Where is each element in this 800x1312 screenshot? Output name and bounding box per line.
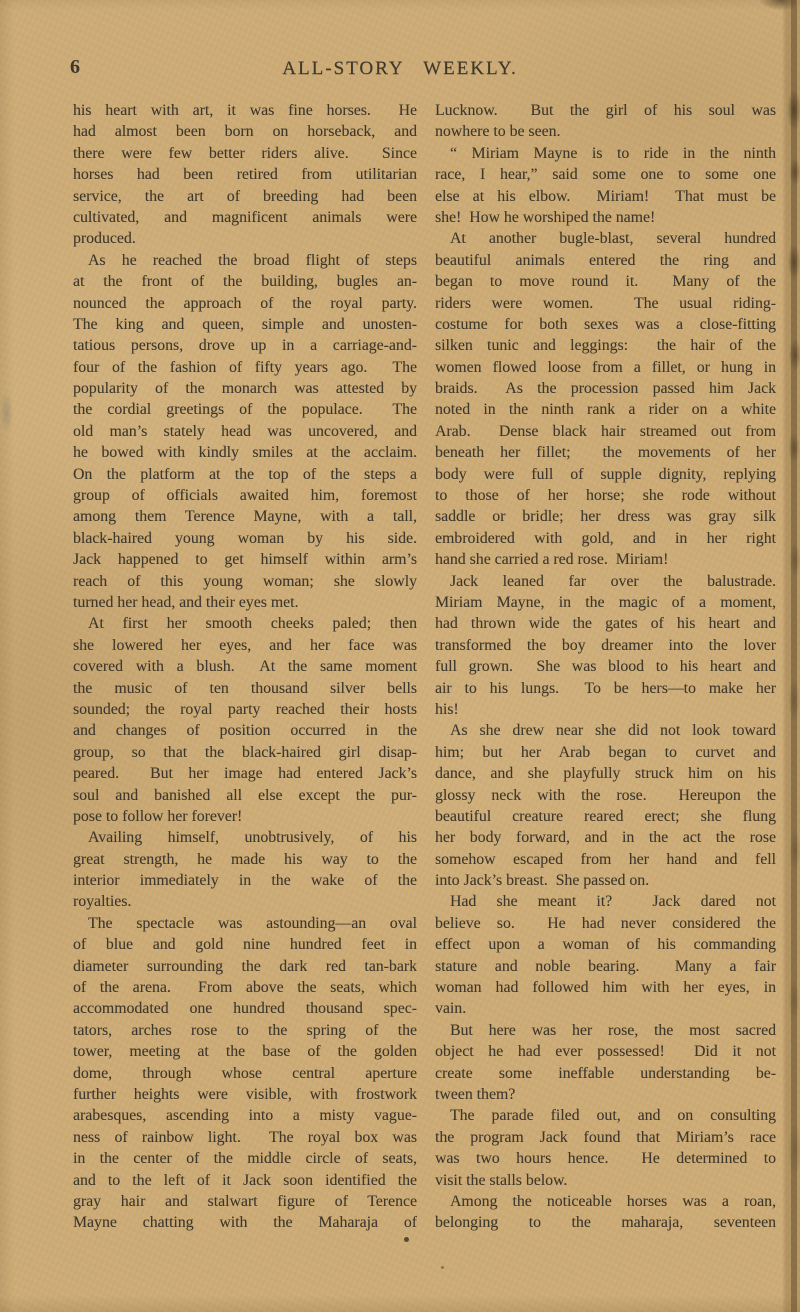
text-line: group, so that the black-haired girl dis… — [73, 742, 417, 763]
text-line: black-haired young woman by his side. — [73, 528, 417, 549]
text-line: beneath her fillet; the movements of her — [435, 442, 776, 463]
text-line: Mayne chatting with the Maharaja of — [73, 1212, 417, 1233]
text-line: the program Jack found that Miriam’s rac… — [435, 1127, 776, 1148]
text-line: into Jack’s breast. She passed on. — [435, 870, 776, 891]
text-line: beautiful creature reared erect; she flu… — [435, 806, 776, 827]
text-line: hand she carried a red rose. Miriam! — [435, 549, 776, 570]
text-line: covered with a blush. At the same moment — [73, 656, 417, 677]
text-line: believe so. He had never considered the — [435, 913, 776, 934]
text-line: belonging to the maharaja, seventeen — [435, 1212, 776, 1233]
text-line: visit the stalls below. — [435, 1170, 776, 1191]
text-line: service, the art of breeding had been — [73, 186, 417, 207]
text-line: at the front of the building, bugles an- — [73, 271, 417, 292]
text-line: The parade filed out, and on consulting — [435, 1105, 776, 1126]
text-line: four of the fashion of fifty years ago. … — [73, 357, 417, 378]
text-line: The king and queen, simple and unosten- — [73, 314, 417, 335]
text-line: air to his lungs. To be hers—to make her — [435, 678, 776, 699]
text-line: peared. But her image had entered Jack’s — [73, 763, 417, 784]
text-line: costume for both sexes was a close-fitti… — [435, 314, 776, 335]
text-line: his! — [435, 699, 776, 720]
text-line: was two hours hence. He determined to — [435, 1148, 776, 1169]
text-line: reach of this young woman; she slowly — [73, 571, 417, 592]
running-title: ALL-STORY WEEKLY. — [0, 58, 800, 80]
text-line: of the arena. From above the seats, whic… — [73, 977, 417, 998]
text-line: At another bugle-blast, several hundred — [435, 228, 776, 249]
text-line: Arab. Dense black hair streamed out from — [435, 421, 776, 442]
paper-speck — [441, 1266, 444, 1269]
text-line: further heights were visible, with frost… — [73, 1084, 417, 1105]
text-line: tower, meeting at the base of the golden — [73, 1041, 417, 1062]
text-line: Among the noticeable horses was a roan, — [435, 1191, 776, 1212]
text-line: somehow escaped from her hand and fell — [435, 849, 776, 870]
text-line: to those of her horse; she rode without — [435, 485, 776, 506]
text-line: Jack happened to get himself within arm’… — [73, 549, 417, 570]
text-line: Availing himself, unobtrusively, of his — [73, 827, 417, 848]
text-line: glossy neck with the rose. Hereupon the — [435, 785, 776, 806]
text-line: pose to follow her forever! — [73, 806, 417, 827]
text-line: The spectacle was astounding—an oval — [73, 913, 417, 934]
text-line: had thrown wide the gates of his heart a… — [435, 613, 776, 634]
text-columns: his heart with art, it was fine horses. … — [73, 100, 776, 1234]
text-line: object he had ever possessed! Did it not — [435, 1041, 776, 1062]
text-line: produced. — [73, 228, 417, 249]
text-line: had almost been born on horseback, and — [73, 121, 417, 142]
text-line: vain. — [435, 998, 776, 1019]
text-line: his heart with art, it was fine horses. … — [73, 100, 417, 121]
text-line: her body forward, and in the act the ros… — [435, 827, 776, 848]
text-line: gray hair and stalwart figure of Terence — [73, 1191, 417, 1212]
text-line: Lucknow. But the girl of his soul was — [435, 100, 776, 121]
printer-mark-dot — [404, 1237, 409, 1242]
magazine-page: 6 ALL-STORY WEEKLY. his heart with art, … — [0, 0, 800, 1312]
text-line: effect upon a woman of his commanding — [435, 934, 776, 955]
text-line: she lowered her eyes, and her face was — [73, 635, 417, 656]
text-line: create some ineffable understanding be- — [435, 1063, 776, 1084]
right-column: Lucknow. But the girl of his soul wasnow… — [435, 100, 776, 1234]
text-line: saddle or bridle; her dress was gray sil… — [435, 506, 776, 527]
text-line: she! How he worshiped the name! — [435, 207, 776, 228]
text-line: riders were women. The usual riding- — [435, 293, 776, 314]
text-line: As she drew near she did not look toward — [435, 720, 776, 741]
text-line: stature and noble bearing. Many a fair — [435, 956, 776, 977]
text-line: tatious persons, drove up in a carriage-… — [73, 335, 417, 356]
text-line: group of officials awaited him, foremost — [73, 485, 417, 506]
text-line: in the center of the middle circle of se… — [73, 1148, 417, 1169]
text-line: and to the left of it Jack soon identifi… — [73, 1170, 417, 1191]
text-line: beautiful animals entered the ring and — [435, 250, 776, 271]
text-line: embroidered with gold, and in her right — [435, 528, 776, 549]
text-line: tators, arches rose to the spring of the — [73, 1020, 417, 1041]
text-line: transformed the boy dreamer into the lov… — [435, 635, 776, 656]
text-line: silken tunic and leggings: the hair of t… — [435, 335, 776, 356]
text-line: the cordial greetings of the populace. T… — [73, 399, 417, 420]
text-line: and changes of position occurred in the — [73, 720, 417, 741]
text-line: Had she meant it? Jack dared not — [435, 891, 776, 912]
ink-smudge — [0, 392, 13, 434]
text-line: nounced the approach of the royal party. — [73, 293, 417, 314]
text-line: Jack leaned far over the balustrade. — [435, 571, 776, 592]
text-line: As he reached the broad flight of steps — [73, 250, 417, 271]
text-line: cultivated, and magnificent animals were — [73, 207, 417, 228]
text-line: full grown. She was blood to his heart a… — [435, 656, 776, 677]
text-line: else at his elbow. Miriam! That must be — [435, 186, 776, 207]
text-line: diameter surrounding the dark red tan-ba… — [73, 956, 417, 977]
text-line: he bowed with kindly smiles at the accla… — [73, 442, 417, 463]
text-line: braids. As the procession passed him Jac… — [435, 378, 776, 399]
text-line: soul and banished all else except the pu… — [73, 785, 417, 806]
text-line: began to move round it. Many of the — [435, 271, 776, 292]
text-line: nowhere to be seen. — [435, 121, 776, 142]
text-line: of blue and gold nine hundred feet in — [73, 934, 417, 955]
text-line: dance, and she playfully struck him on h… — [435, 763, 776, 784]
text-line: women flowed loose from a fillet, or hun… — [435, 357, 776, 378]
text-line: tween them? — [435, 1084, 776, 1105]
text-line: sounded; the royal party reached their h… — [73, 699, 417, 720]
text-line: At first her smooth cheeks paled; then — [73, 613, 417, 634]
text-line: popularity of the monarch was attested b… — [73, 378, 417, 399]
text-line: there were few better riders alive. Sinc… — [73, 143, 417, 164]
left-column: his heart with art, it was fine horses. … — [73, 100, 417, 1234]
text-line: race, I hear,” said some one to some one — [435, 164, 776, 185]
text-line: “ Miriam Mayne is to ride in the ninth — [435, 143, 776, 164]
text-line: Miriam Mayne, in the magic of a moment, — [435, 592, 776, 613]
text-line: dome, through whose central aperture — [73, 1063, 417, 1084]
page-corner-shadow — [760, 0, 796, 14]
text-line: On the platform at the top of the steps … — [73, 464, 417, 485]
text-line: turned her head, and their eyes met. — [73, 592, 417, 613]
text-line: body were full of supple dignity, replyi… — [435, 464, 776, 485]
page-edge-shadow — [778, 0, 800, 1312]
text-line: woman had followed him with her eyes, in — [435, 977, 776, 998]
text-line: horses had been retired from utilitarian — [73, 164, 417, 185]
text-line: noted in the ninth rank a rider on a whi… — [435, 399, 776, 420]
text-line: interior immediately in the wake of the — [73, 870, 417, 891]
text-line: royalties. — [73, 891, 417, 912]
text-line: arabesques, ascending into a misty vague… — [73, 1105, 417, 1126]
text-line: ness of rainbow light. The royal box was — [73, 1127, 417, 1148]
text-line: accommodated one hundred thousand spec- — [73, 998, 417, 1019]
text-line: great strength, he made his way to the — [73, 849, 417, 870]
text-line: the music of ten thousand silver bells — [73, 678, 417, 699]
text-line: among them Terence Mayne, with a tall, — [73, 506, 417, 527]
text-line: old man’s stately head was uncovered, an… — [73, 421, 417, 442]
text-line: But here was her rose, the most sacred — [435, 1020, 776, 1041]
text-line: him; but her Arab began to curvet and — [435, 742, 776, 763]
